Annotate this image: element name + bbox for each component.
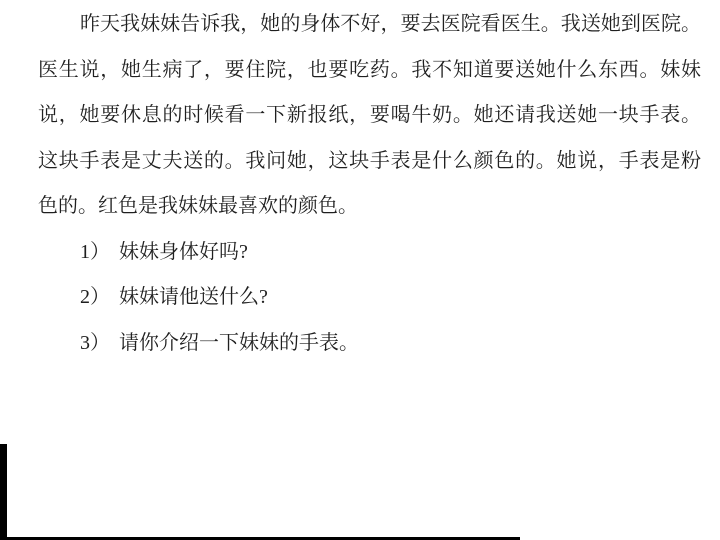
paragraph-line: 医生说，她生病了，要住院，也要吃药。我不知道要送她什么东西。妹妹 <box>38 48 701 94</box>
paragraph-line: 说，她要休息的时候看一下新报纸，要喝牛奶。她还请我送她一块手表。 <box>38 93 701 139</box>
question-number: 1） <box>80 230 110 276</box>
paragraph-line: 色的。红色是我妹妹最喜欢的颜色。 <box>38 184 701 230</box>
paragraph-line: 这块手表是丈夫送的。我问她，这块手表是什么颜色的。她说，手表是粉 <box>38 139 701 185</box>
question-item: 3）请你介绍一下妹妹的手表。 <box>80 321 701 367</box>
scanned-textbook-page: 昨天我妹妹告诉我，她的身体不好，要去医院看医生。我送她到医院。 医生说，她生病了… <box>0 0 720 540</box>
question-number: 2） <box>80 275 110 321</box>
question-text: 妹妹身体好吗? <box>119 241 248 263</box>
question-item: 2）妹妹请他送什么? <box>80 275 701 321</box>
reading-passage: 昨天我妹妹告诉我，她的身体不好，要去医院看医生。我送她到医院。 医生说，她生病了… <box>38 2 701 366</box>
question-text: 请你介绍一下妹妹的手表。 <box>119 332 359 354</box>
paragraph-line: 昨天我妹妹告诉我，她的身体不好，要去医院看医生。我送她到医院。 <box>80 2 701 48</box>
question-item: 1）妹妹身体好吗? <box>80 230 701 276</box>
question-text: 妹妹请他送什么? <box>119 286 268 308</box>
scan-artifact-left-bar <box>0 444 7 540</box>
question-number: 3） <box>80 321 110 367</box>
